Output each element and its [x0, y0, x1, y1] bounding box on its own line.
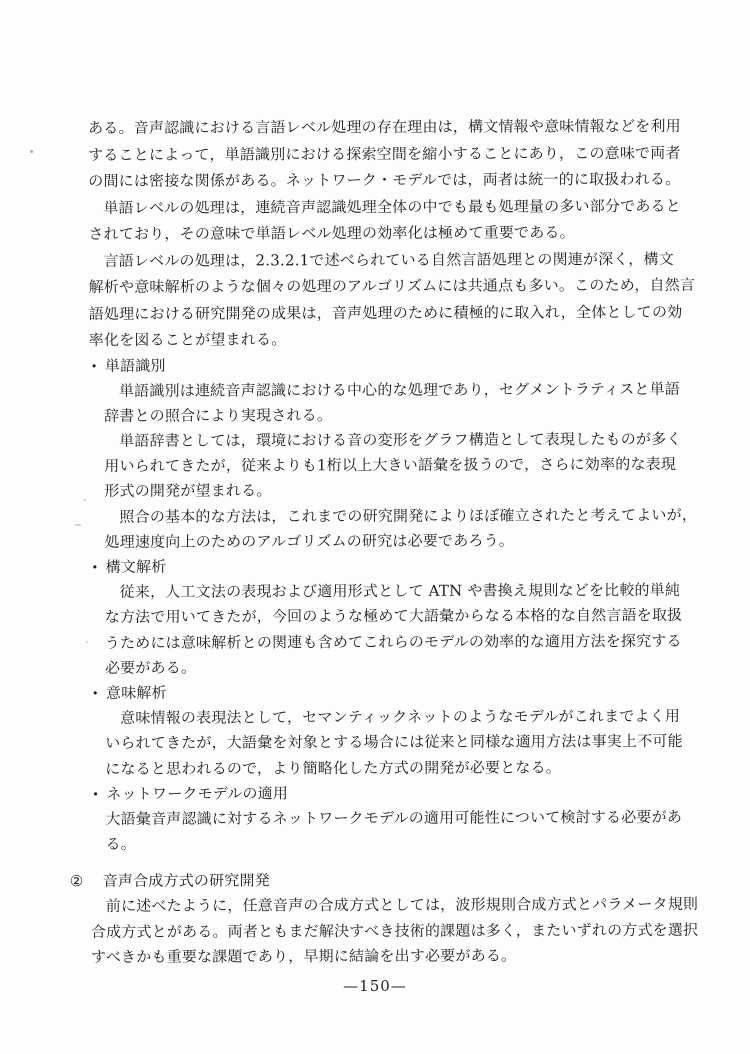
text-line: 単語辞書としては，環境における音の変形をグラフ構造として表現したものが多く — [89, 427, 689, 454]
bullet-icon: • — [89, 353, 105, 378]
bullet-title: 単語識別 — [105, 356, 166, 374]
text-line: 形式の開発が望まれる。 — [89, 477, 689, 504]
text-line: 処理速度向上のためのアルゴリズムの研究は必要であろう。 — [89, 528, 689, 555]
bullet-icon: • — [90, 681, 106, 706]
section-heading: ②音声合成方式の研究開発 — [91, 867, 691, 894]
text-line: ある。音声認識における言語レベル処理の存在理由は，構文情報や意味情報などを利用 — [88, 113, 688, 142]
text-line: の間には密接な関係がある。ネットワーク・モデルでは，両者は統一的に取扱われる。 — [88, 166, 688, 195]
bullet-icon: • — [90, 782, 106, 807]
bullet-title: ネットワークモデルの適用 — [106, 784, 288, 803]
text-line: る。 — [91, 830, 691, 857]
bullet-item-word-identification: •単語識別 — [89, 351, 689, 378]
scan-speck — [30, 150, 33, 153]
text-line: 必要がある。 — [90, 654, 690, 681]
page-number: —150— — [0, 977, 750, 995]
scan-speck — [86, 641, 88, 643]
document-page: ある。音声認識における言語レベル処理の存在理由は，構文情報や意味情報などを利用 … — [0, 0, 750, 1054]
bullet-item-network-model: •ネットワークモデルの適用 — [90, 780, 690, 807]
text-line: 用いられてきたが，従来よりも1桁以上大きい語彙を扱うので，さらに効率的な表現 — [89, 452, 689, 479]
text-line: 大語彙音声認識に対するネットワークモデルの適用可能性について検討する必要があ — [90, 805, 690, 832]
text-line: すべきかも重要な課題であり，早期に結論を出す必要がある。 — [91, 943, 691, 970]
text-line: することによって，単語識別における探索空間を縮小することにあり，この意味で両者 — [88, 139, 688, 168]
scan-speck — [75, 524, 81, 526]
scan-speck — [84, 499, 86, 501]
bullet-title: 意味解析 — [106, 684, 167, 702]
text-line: 率化を図ることが望まれる。 — [89, 325, 689, 354]
bullet-item-semantic-analysis: •意味解析 — [90, 679, 690, 706]
section-title: 音声合成方式の研究開発 — [103, 872, 270, 891]
text-line: 意味情報の表現法として，セマンティックネットのようなモデルがこれまでよく用 — [90, 704, 690, 731]
text-line: うためには意味解析との関連も含めてこれらのモデルの効率的な適用方法を探究する — [90, 628, 690, 655]
text-line: 語処理における研究開発の成果は，音声処理のために積極的に取入れ，全体としての効 — [89, 298, 689, 327]
bullet-icon: • — [90, 555, 106, 580]
text-line: 前に述べたように，任意音声の合成方式としては，波形規則合成方式とパラメータ規則 — [91, 892, 691, 919]
text-line: 合成方式とがある。両者ともまだ解決すべき技術的課題は多く，またいずれの方式を選択 — [91, 918, 691, 945]
page-content: ある。音声認識における言語レベル処理の存在理由は，構文情報や意味情報などを利用 … — [88, 113, 691, 970]
text-line: になると思われるので，より簡略化した方式の開発が必要となる。 — [90, 754, 690, 781]
section-speech-synthesis: ②音声合成方式の研究開発 前に述べたように，任意音声の合成方式としては，波形規則… — [91, 867, 691, 970]
bullet-title: 構文解析 — [106, 558, 167, 576]
bullet-item-syntax-analysis: •構文解析 — [90, 553, 690, 580]
text-line: 従来，人工文法の表現および適用形式として ATN や書換え規則などを比較的単純 — [90, 578, 690, 605]
text-line: 単語レベルの処理は，連続音声認識処理全体の中でも最も処理量の多い部分であると — [88, 192, 688, 221]
text-line: 照合の基本的な方法は，これまでの研究開発によりほぼ確立されたと考えてよいが， — [89, 503, 689, 530]
text-line: 辞書との照合により実現される。 — [89, 402, 689, 429]
text-line: 単語識別は連続音声認識における中心的な処理であり，セグメントラティスと単語 — [89, 377, 689, 404]
text-line: 言語レベルの処理は，2.3.2.1で述べられている自然言語処理との関連が深く，構… — [88, 245, 688, 274]
section-number: ② — [70, 869, 103, 894]
text-line: いられてきたが，大語彙を対象とする場合には従来と同様な適用方法は事実上不可能 — [90, 729, 690, 756]
text-line: な方法で用いてきたが，今回のような極めて大語彙からなる本格的な自然言語を取扱 — [90, 603, 690, 630]
text-line: 解析や意味解析のような個々の処理のアルゴリズムには共通点も多い。このため，自然言 — [89, 272, 689, 301]
text-line: されており，その意味で単語レベル処理の効率化は極めて重要である。 — [88, 219, 688, 248]
